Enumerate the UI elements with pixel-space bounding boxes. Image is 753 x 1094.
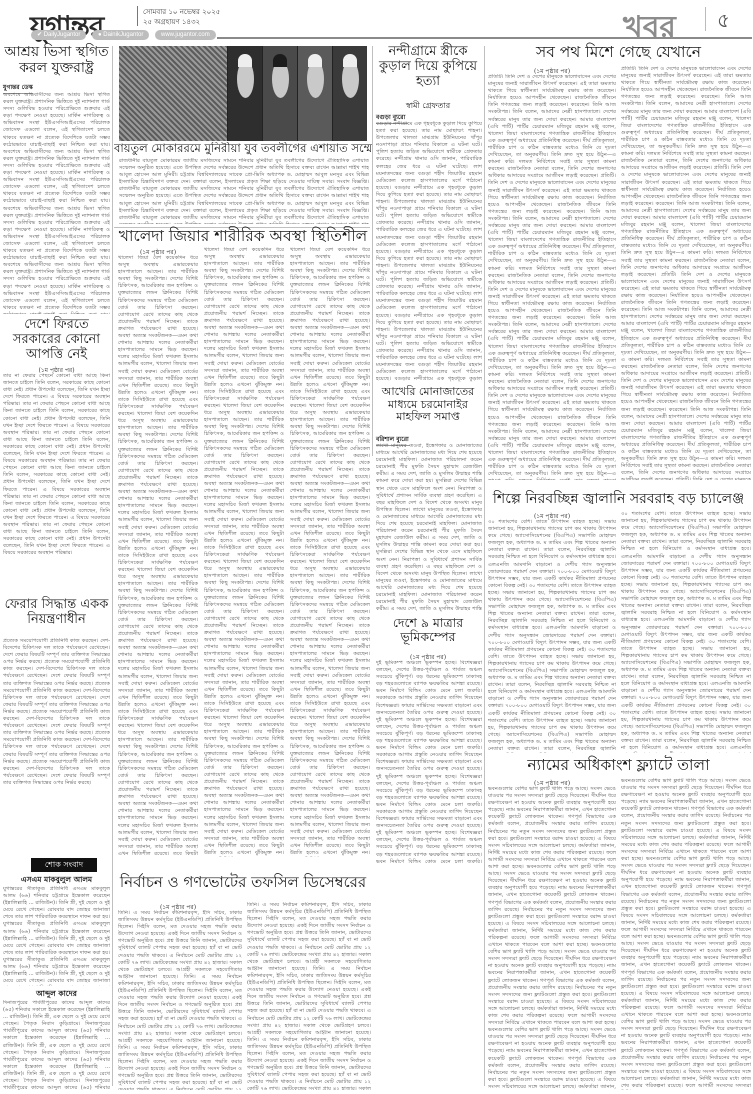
article-body-visa: অবশেষে অভিবাসীদের জন্য আশ্রয় ভিসা স্থগি… [3, 92, 110, 314]
article-body-khaleda-col2: খালেদা জিয়া বেশ কয়েকদিন ধরে অসুস্থ অবস… [204, 247, 284, 857]
article-body-nandigram: বগুড়ার নন্দীগ্রামে এক গৃহবধূকে কুড়াল দ… [376, 121, 482, 383]
headline-visa: আশ্রয় ভিসা স্থগিত করল যুক্তরাষ্ট্র [3, 44, 110, 76]
article-body-all-roads-col2: প্রতিটি। তিনি দেশ ও দেশের মানুষকে ভালোবা… [621, 66, 751, 480]
obituary-name: আব্দুল কাদের [3, 990, 110, 999]
speaker-photo [227, 46, 262, 141]
date-bengali: ২৫ অগ্রহায়ণ ১৪৩২ [143, 16, 200, 28]
article-body-khaleda-col1: খালেদা জিয়া বেশ কয়েকদিন ধরে অসুস্থ অবস… [118, 255, 198, 855]
headline-photo-story: বায়তুল মোকাররমে মুনিরীয়া যুব তবলীগের এ… [114, 142, 372, 155]
headline-election: নির্বাচন ও গণভোটের তফসিল ডিসেম্বরের [114, 874, 372, 891]
headline-return-home: দেশে ফিরতে সরকারের কোনো আপত্তি নেই [3, 318, 110, 363]
crowd-photo [119, 46, 227, 141]
headline-earthquake: দেশে ৯ মাত্রার ভূমিকম্পের [374, 616, 482, 645]
article-body-photo-story: রাজধানীর বায়তুল মোকাররম জাতীয় মসজিদের … [119, 158, 369, 224]
article-body-nam-flats-col1: ভবনগুলোর বেশির ভাগ ফ্ল্যাট খালি পড়ে আছে… [488, 786, 616, 1090]
obituary-body: যুগান্তরের সীতাকুণ্ড প্রতিনিধি এসএম মাকব… [3, 886, 110, 986]
column-rule [372, 46, 373, 456]
speaker-photo [332, 46, 367, 141]
speaker-photo [297, 46, 332, 141]
masthead-divider [137, 6, 138, 26]
subhead-nandigram: স্বামী গ্রেফতার [374, 101, 482, 110]
twitter-handle-link[interactable]: ✔ DailyJugantor [31, 30, 86, 40]
article-body-mahfil: লাখো মানুষের তওবা, ইস্তেগফার ও মোনাজাতের… [376, 443, 482, 613]
page-number: ৫ [717, 6, 730, 39]
article-body-decision: প্রত্যেক সময়োপযোগী প্রতিনিধি কাজ করছেন।… [3, 638, 110, 848]
article-body-election-col2: তিনি। এ সময় নির্বাচন কমিশনারবৃন্দ, ইসি … [247, 902, 371, 1090]
headline-nam-flats: ন্যামের অধিকাংশ ফ্ল্যাটে তালা [486, 757, 751, 775]
obituary-body: দিনাজপুরের পার্বতীপুরের কাদের আব্দুল কাদ… [3, 1000, 110, 1090]
column-rule [112, 46, 113, 1086]
obituary-name: এসএম মাকবুলুল আলম [3, 876, 110, 885]
article-body-energy-col2: ৩০ শতাংশের বেশি। তাতে উৎপাদন ব্যাহত হচ্ছ… [621, 511, 751, 753]
news-photo [119, 46, 367, 141]
article-body-return-home: তার না ফেরার পেছনে কোনো বাধা আছে কিনা জা… [3, 373, 110, 595]
page-number-divider [705, 7, 706, 31]
twitter-icon: ✔ [37, 32, 42, 38]
article-body-earthquake: দুই ভূমিকম্প অঞ্চলে ভূকম্পন হচ্ছে। বিশেষ… [376, 660, 482, 865]
headline-khaleda: খালেদা জিয়ার শারীরিক অবস্থা স্থিতিশীল [114, 228, 372, 246]
headline-decision: ফেরার সিদ্ধান্ত একক নিয়ন্ত্রণাধীন [3, 598, 110, 628]
headline-all-roads: সব পথ মিশে গেছে যেখানে [486, 44, 751, 62]
headline-nandigram: নন্দীগ্রামে স্ত্রীকে কুড়াল দিয়ে কুপিয়… [374, 45, 482, 90]
facebook-icon: ● [98, 32, 102, 38]
website-link[interactable]: www.jugantor.com [155, 30, 216, 40]
headline-energy: শিল্পে নিরবচ্ছিন্ন জ্বালানি সরবরাহ বড় চ… [486, 491, 751, 507]
article-body-energy-col1: ৩০ শতাংশের বেশি। তাতে উৎপাদন ব্যাহত হচ্ছ… [488, 519, 616, 753]
article-body-all-roads-col1: প্রতিটি। তিনি দেশ ও দেশের মানুষকে ভালোবা… [488, 74, 616, 480]
facebook-handle-link[interactable]: ● DainikJugantor [92, 30, 149, 40]
obituary-section-label: শোক সংবাদ [31, 858, 97, 872]
column-rule [484, 46, 485, 1086]
article-body-election-col1: তিনি। এ সময় নির্বাচন কমিশনারবৃন্দ, ইসি … [118, 910, 242, 1090]
headline-mahfil: আখেরি মোনাজাতের মাধ্যমে চরমোনাইর মাহফিল … [374, 386, 482, 424]
article-body-khaleda-col3: খালেদা জিয়া বেশ কয়েকদিন ধরে অসুস্থ অবস… [290, 247, 370, 857]
article-body-nam-flats-col2: ভবনগুলোর বেশির ভাগ ফ্ল্যাট খালি পড়ে আছে… [621, 778, 751, 1090]
speaker-photo [262, 46, 297, 141]
